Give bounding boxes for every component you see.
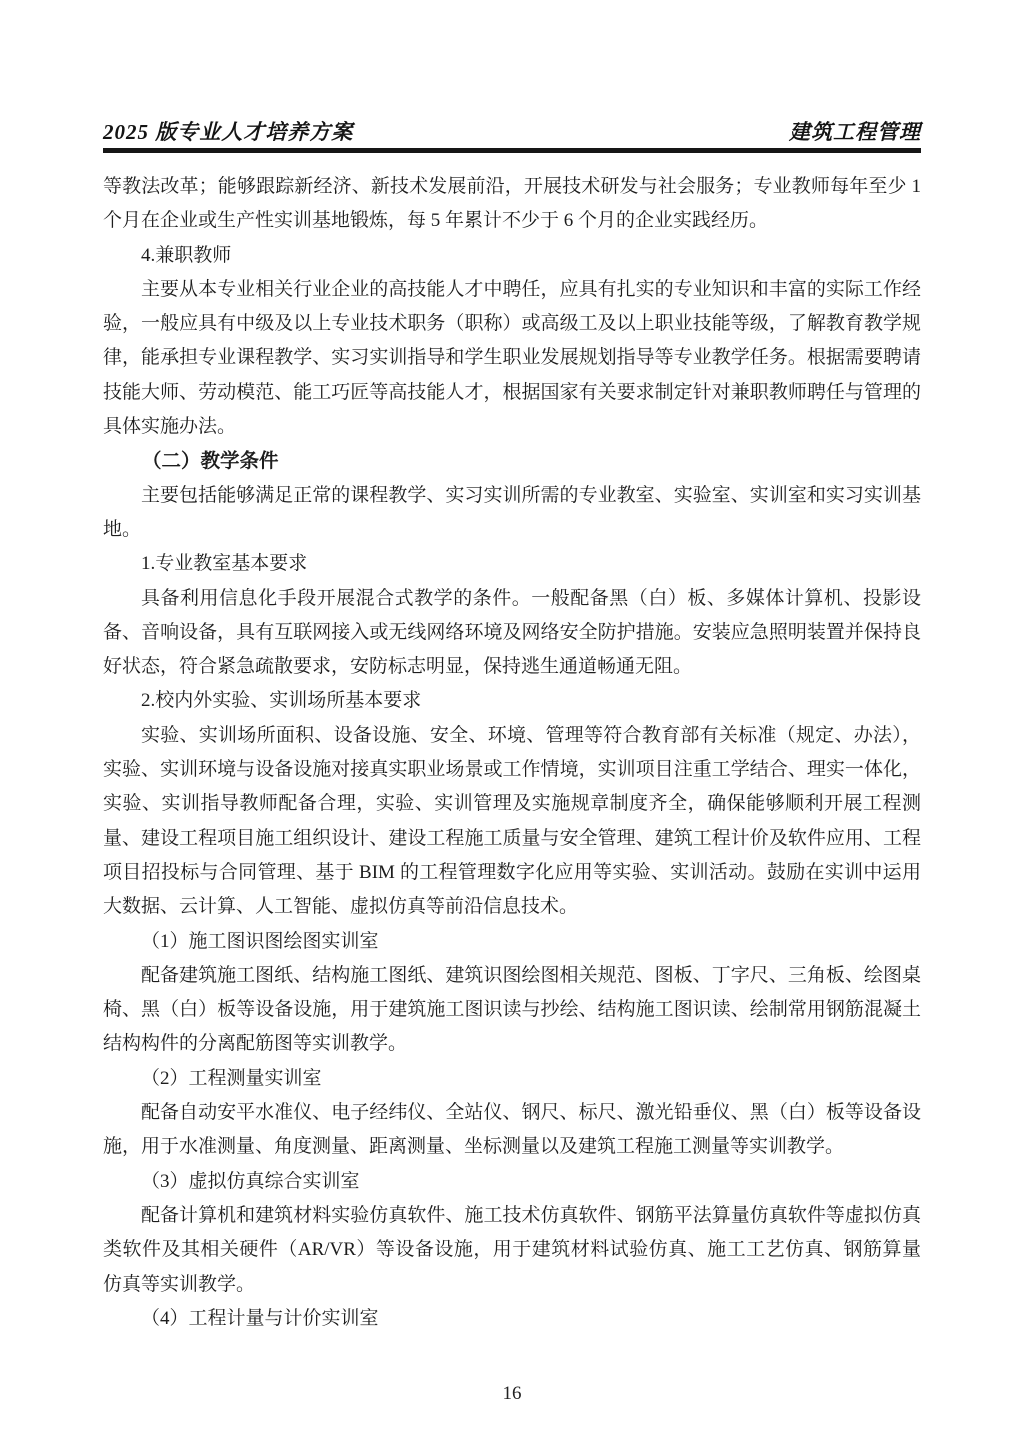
header-left-title: 2025 版专业人才培养方案	[103, 118, 353, 146]
page-header: 2025 版专业人才培养方案 建筑工程管理	[103, 0, 921, 146]
document-page: 2025 版专业人才培养方案 建筑工程管理 等教法改革；能够跟踪新经济、新技术发…	[0, 0, 1024, 1448]
page-footer: 16	[0, 1383, 1024, 1405]
paragraph: 等教法改革；能够跟踪新经济、新技术发展前沿，开展技术研发与社会服务；专业教师每年…	[103, 170, 921, 239]
paragraph: 主要从本专业相关行业企业的高技能人才中聘任，应具有扎实的专业知识和丰富的实际工作…	[103, 273, 921, 444]
paragraph: 1.专业教室基本要求	[103, 547, 921, 581]
paragraph: （3）虚拟仿真综合实训室	[103, 1165, 921, 1199]
paragraph: 实验、实训场所面积、设备设施、安全、环境、管理等符合教育部有关标准（规定、办法）…	[103, 719, 921, 925]
paragraph: 具备利用信息化手段开展混合式教学的条件。一般配备黑（白）板、多媒体计算机、投影设…	[103, 582, 921, 685]
paragraph: （2）工程测量实训室	[103, 1062, 921, 1096]
paragraph: 2.校内外实验、实训场所基本要求	[103, 684, 921, 718]
paragraph: 配备建筑施工图纸、结构施工图纸、建筑识图绘图相关规范、图板、丁字尺、三角板、绘图…	[103, 959, 921, 1062]
header-double-rule	[103, 148, 921, 153]
paragraph: 主要包括能够满足正常的课程教学、实习实训所需的专业教室、实验室、实训室和实习实训…	[103, 479, 921, 548]
header-right-title: 建筑工程管理	[789, 118, 921, 146]
paragraph: 4.兼职教师	[103, 239, 921, 273]
paragraph: （1）施工图识图绘图实训室	[103, 925, 921, 959]
page-number: 16	[503, 1383, 522, 1404]
paragraph: （4）工程计量与计价实训室	[103, 1302, 921, 1336]
paragraph: 配备自动安平水准仪、电子经纬仪、全站仪、钢尺、标尺、激光铅垂仪、黑（白）板等设备…	[103, 1096, 921, 1165]
paragraph: 配备计算机和建筑材料实验仿真软件、施工技术仿真软件、钢筋平法算量仿真软件等虚拟仿…	[103, 1199, 921, 1302]
document-body: 等教法改革；能够跟踪新经济、新技术发展前沿，开展技术研发与社会服务；专业教师每年…	[103, 170, 921, 1336]
section-heading: （二）教学条件	[103, 444, 921, 478]
